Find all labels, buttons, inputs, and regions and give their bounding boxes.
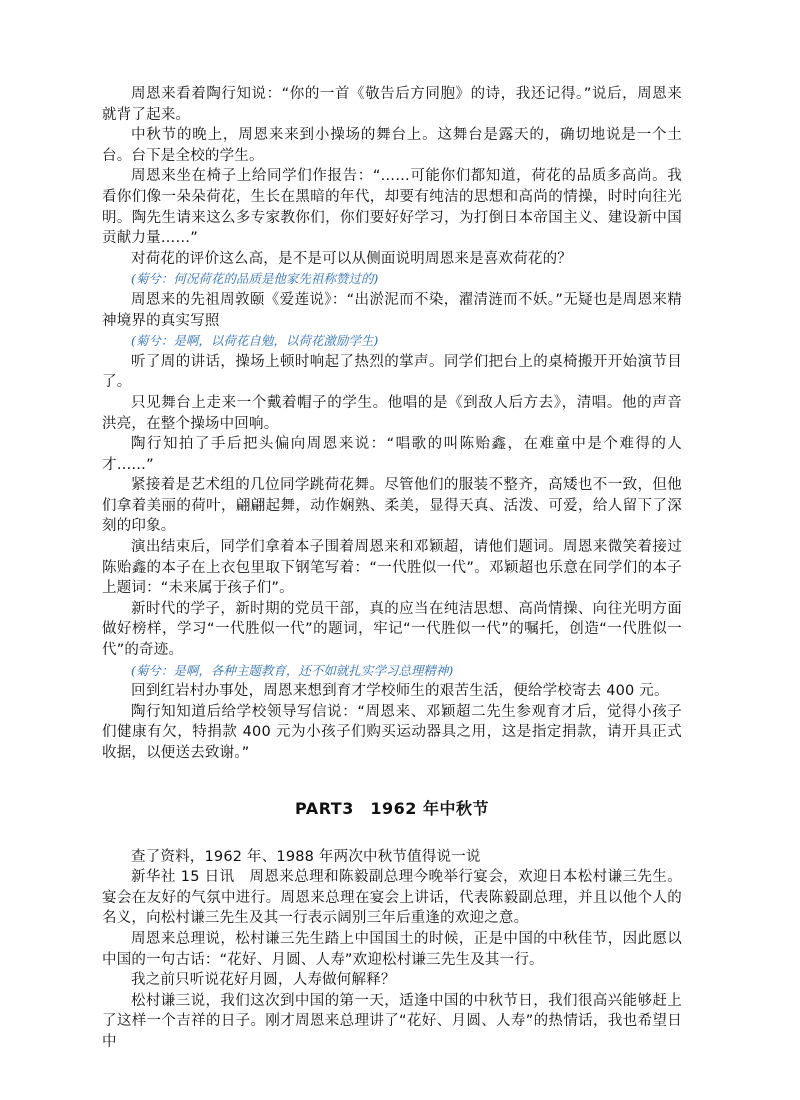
paragraph: 松村谦三说，我们这次到中国的第一天，适逢中国的中秋节日，我们很高兴能够赶上了这样… xyxy=(102,991,682,1053)
paragraph: 新华社 15 日讯 周恩来总理和陈毅副总理今晚举行宴会，欢迎日本松村谦三先生。宴… xyxy=(102,867,682,929)
document-page: 周恩来看着陶行知说：“你的一首《敬告后方同胞》的诗，我还记得。”说后，周恩来就背… xyxy=(102,84,682,1053)
paragraph: 周恩来总理说，松村谦三先生踏上中国国土的时候，正是中国的中秋佳节，因此愿以中国的… xyxy=(102,929,682,970)
editor-note: (菊兮：何况荷花的品质是他家先祖称赞过的) xyxy=(102,269,682,290)
paragraph: 对荷花的评价这么高，是不是可以从侧面说明周恩来是喜欢荷花的？ xyxy=(102,249,682,270)
editor-note: (菊兮：是啊，以荷花自勉，以荷花激励学生) xyxy=(102,331,682,352)
paragraph: 陶行知知道后给学校领导写信说：“周恩来、邓颖超二先生参观育才后，觉得小孩子们健康… xyxy=(102,702,682,764)
section-1: 周恩来看着陶行知说：“你的一首《敬告后方同胞》的诗，我还记得。”说后，周恩来就背… xyxy=(102,84,682,764)
section-heading: PART3 1962 年中秋节 xyxy=(102,796,682,819)
paragraph: 新时代的学子，新时期的党员干部，真的应当在纯洁思想、高尚情操、向往光明方面做好榜… xyxy=(102,599,682,661)
paragraph: 紧接着是艺术组的几位同学跳荷花舞。尽管他们的服装不整齐，高矮也不一致，但他们拿着… xyxy=(102,475,682,537)
paragraph: 回到红岩村办事处，周恩来想到育才学校师生的艰苦生活，便给学校寄去 400 元。 xyxy=(102,681,682,702)
paragraph: 只见舞台上走来一个戴着帽子的学生。他唱的是《到敌人后方去》，清唱。他的声音洪亮，… xyxy=(102,393,682,434)
paragraph: 演出结束后，同学们拿着本子围着周恩来和邓颖超，请他们题词。周恩来微笑着接过陈贻鑫… xyxy=(102,537,682,599)
paragraph: 周恩来坐在椅子上给同学们作报告：“……可能你们都知道，荷花的品质多高尚。我看你们… xyxy=(102,166,682,248)
paragraph: 中秋节的晚上，周恩来来到小操场的舞台上。这舞台是露天的，确切地说是一个土台。台下… xyxy=(102,125,682,166)
paragraph: 陶行知拍了手后把头偏向周恩来说：“唱歌的叫陈贻鑫，在难童中是个难得的人才……” xyxy=(102,434,682,475)
paragraph: 我之前只听说花好月圆，人寿做何解释？ xyxy=(102,970,682,991)
paragraph: 周恩来的先祖周敦颐《爱莲说》：“出淤泥而不染，濯清涟而不妖。”无疑也是周恩来精神… xyxy=(102,290,682,331)
section-2: 查了资料，1962 年、1988 年两次中秋节值得说一说 新华社 15 日讯 周… xyxy=(102,847,682,1053)
paragraph: 听了周的讲话，操场上顿时响起了热烈的掌声。同学们把台上的桌椅搬开开始演节目了。 xyxy=(102,352,682,393)
paragraph: 周恩来看着陶行知说：“你的一首《敬告后方同胞》的诗，我还记得。”说后，周恩来就背… xyxy=(102,84,682,125)
paragraph: 查了资料，1962 年、1988 年两次中秋节值得说一说 xyxy=(102,847,682,868)
editor-note: (菊兮：是啊，各种主题教育，还不如就扎实学习总理精神) xyxy=(102,661,682,682)
